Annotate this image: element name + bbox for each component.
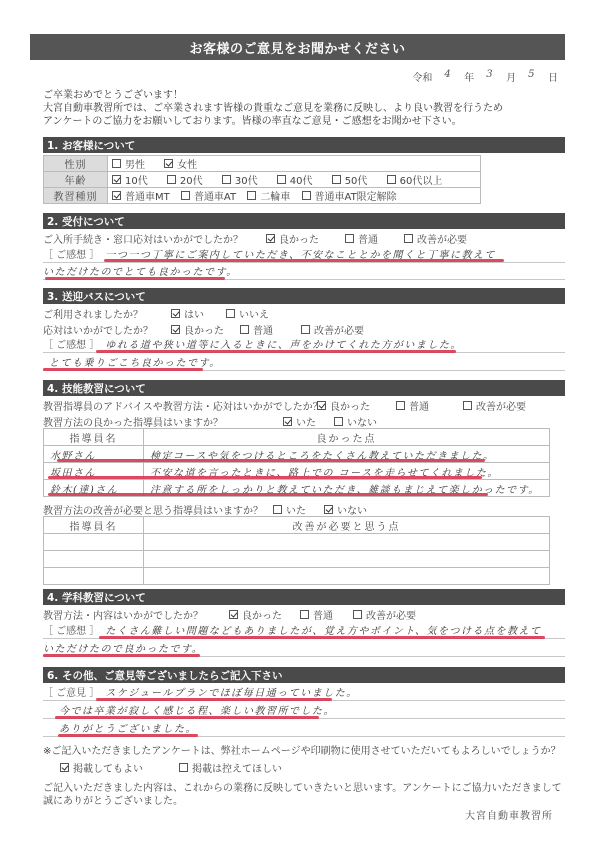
checkbox-icon[interactable] xyxy=(353,610,362,619)
highlight-underline xyxy=(45,277,225,280)
survey-title: お客様のご意見をお聞かせください xyxy=(30,34,565,60)
instructor-name[interactable] xyxy=(44,534,144,551)
checkbox-icon[interactable] xyxy=(332,175,341,184)
bus-usage-row: ご利用されましたか？ はい いいえ xyxy=(43,306,285,321)
option-label: 二輪車 xyxy=(260,188,290,203)
checkbox-checked-icon[interactable] xyxy=(171,325,180,334)
option-female[interactable]: 女性 xyxy=(164,156,197,171)
intro-line: アンケートのご協力をお願いしております。皆様の率直なご意見・ご感想をお聞かせ下さ… xyxy=(43,115,503,128)
comment-label: ［ ご意見 ］ xyxy=(43,688,99,699)
option-no[interactable]: いいえ xyxy=(226,306,269,321)
section-header-customer: 1. お客様について xyxy=(43,137,565,153)
option-needs-improvement[interactable]: 改善が必要 xyxy=(301,322,364,337)
option-label: 50代 xyxy=(345,172,368,187)
checkbox-icon[interactable] xyxy=(302,191,311,200)
option-label: 普通 xyxy=(409,398,429,413)
instructor-rating-row: 教習指導員のアドバイスや教習方法・応対はいかがでしたか？ 良かった 普通 改善が… xyxy=(43,398,542,413)
option-label: いた xyxy=(296,414,316,429)
option-normal[interactable]: 普通 xyxy=(345,231,378,246)
checkbox-checked-icon[interactable] xyxy=(112,191,121,200)
checkbox-checked-icon[interactable] xyxy=(171,309,180,318)
option-label: 男性 xyxy=(125,156,145,171)
option-no[interactable]: いない xyxy=(324,502,367,517)
closing-line: ご記入いただきました内容は、これからの業務に反映していきたいと思います。アンケー… xyxy=(43,782,562,795)
date-day[interactable]: 5 xyxy=(528,69,536,84)
section-header-shuttle-bus: 3. 送迎バスについて xyxy=(43,288,565,304)
option-label: 良かった xyxy=(242,607,282,622)
column-header-improvement-points: 改善が必要と思う点 xyxy=(144,517,550,534)
good-instructor-row: 教習方法の良かった指導員はいますか？ いた いない xyxy=(43,414,393,429)
option-needs-improvement[interactable]: 改善が必要 xyxy=(463,398,526,413)
option-yes[interactable]: いた xyxy=(283,414,316,429)
option-good[interactable]: 良かった xyxy=(317,398,370,413)
checkbox-icon[interactable] xyxy=(345,234,354,243)
table-row xyxy=(44,551,550,568)
intro-text: ご卒業おめでとうございます！ 大宮自動車教習所では、ご卒業されます皆様の貴重なご… xyxy=(43,89,503,128)
checkbox-checked-icon[interactable] xyxy=(164,159,173,168)
option-label: 普通車AT限定解除 xyxy=(315,188,397,203)
classroom-question-row: 教習方法・内容はいかがでしたか？ 良かった 普通 改善が必要 xyxy=(43,607,432,622)
option-label: 改善が必要 xyxy=(314,322,364,337)
intro-line: ご卒業おめでとうございます！ xyxy=(43,89,503,102)
checkbox-icon[interactable] xyxy=(179,763,188,772)
option-label: 普通 xyxy=(253,322,273,337)
date-era: 令和 xyxy=(412,69,432,84)
option-no[interactable]: いない xyxy=(334,414,377,429)
improve-instructor-table: 指導員名 改善が必要と思う点 xyxy=(43,516,550,585)
improvement-point[interactable] xyxy=(144,534,550,551)
label-course-type: 教習種別 xyxy=(44,188,108,204)
bus-service-row: 応対はいかがでしたか？ 良かった 普通 改善が必要 xyxy=(43,322,380,337)
checkbox-icon[interactable] xyxy=(387,175,396,184)
option-good[interactable]: 良かった xyxy=(266,231,319,246)
checkbox-icon[interactable] xyxy=(273,505,282,514)
instructor-rating-question: 教習指導員のアドバイスや教習方法・応対はいかがでしたか？ xyxy=(43,398,317,413)
checkbox-icon[interactable] xyxy=(222,175,231,184)
checkbox-icon[interactable] xyxy=(112,159,121,168)
option-motorcycle[interactable]: 二輪車 xyxy=(247,188,290,203)
option-good[interactable]: 良かった xyxy=(171,322,224,337)
checkbox-checked-icon[interactable] xyxy=(283,417,292,426)
option-needs-improvement[interactable]: 改善が必要 xyxy=(404,231,467,246)
column-header-good-points: 良かった点 xyxy=(144,429,550,446)
table-row xyxy=(44,568,550,585)
option-yes[interactable]: はい xyxy=(171,306,204,321)
option-normal[interactable]: 普通 xyxy=(240,322,273,337)
column-header-instructor: 指導員名 xyxy=(44,517,144,534)
date-field: 令和 4 年 3 月 5 日 xyxy=(412,69,558,84)
intro-line: 大宮自動車教習所では、ご卒業されます皆様の貴重なご意見を業務に反映し、より良い教… xyxy=(43,102,503,115)
highlight-underline xyxy=(96,698,332,701)
checkbox-checked-icon[interactable] xyxy=(112,175,121,184)
option-label: 普通車AT xyxy=(194,188,236,203)
customer-info-table: 性別 男性 女性 年齢 10代 20代 30代 40代 50代 60代以上 教習… xyxy=(43,155,481,204)
option-allow-publish[interactable]: 掲載してもよい xyxy=(60,760,143,775)
school-signature: 大宮自動車教習所 xyxy=(465,807,553,822)
option-label: 10代 xyxy=(125,172,148,187)
option-label: 普通車MT xyxy=(125,188,170,203)
date-year-label: 年 xyxy=(464,69,474,84)
highlight-underline xyxy=(96,350,456,353)
checkbox-icon[interactable] xyxy=(404,234,413,243)
section-header-driving-lessons: 4. 技能教習について xyxy=(43,380,565,396)
option-50s[interactable]: 50代 xyxy=(332,172,368,187)
label-age: 年齢 xyxy=(44,172,108,188)
reception-question-row: ご入所手続き・窓口応対はいかがでしたか？ 良かった 普通 改善が必要 xyxy=(43,231,483,246)
checkbox-checked-icon[interactable] xyxy=(317,401,326,410)
option-label: 改善が必要 xyxy=(417,231,467,246)
option-label: いない xyxy=(337,502,367,517)
consent-question: ※ご記入いただきましたアンケートは、弊社ホームページや印刷物に使用させていただい… xyxy=(43,745,561,758)
option-normal[interactable]: 普通 xyxy=(300,607,333,622)
option-label: 良かった xyxy=(184,322,224,337)
checkbox-checked-icon[interactable] xyxy=(229,610,238,619)
instructor-name[interactable] xyxy=(44,568,144,585)
closing-text: ご記入いただきました内容は、これからの業務に反映していきたいと思います。アンケー… xyxy=(43,782,562,808)
option-at[interactable]: 普通車AT xyxy=(181,188,236,203)
option-label: 普通 xyxy=(358,231,378,246)
section-header-other-comments: 6. その他、ご意見等ございましたらご記入下さい xyxy=(43,667,565,683)
checkbox-icon[interactable] xyxy=(277,175,286,184)
option-at-limit-removal[interactable]: 普通車AT限定解除 xyxy=(302,188,397,203)
good-instructor-question: 教習方法の良かった指導員はいますか？ xyxy=(43,414,283,429)
highlight-underline xyxy=(48,493,488,496)
option-label: 掲載してもよい xyxy=(73,760,143,775)
good-instructor-table: 指導員名 良かった点 水野さん 検定コースや気をつけるところをたくさん教えていた… xyxy=(43,428,550,497)
checkbox-icon[interactable] xyxy=(181,191,190,200)
checkbox-icon[interactable] xyxy=(396,401,405,410)
improvement-point[interactable] xyxy=(144,568,550,585)
checkbox-icon[interactable] xyxy=(226,309,235,318)
option-label: 良かった xyxy=(330,398,370,413)
option-label: 改善が必要 xyxy=(366,607,416,622)
option-label: はい xyxy=(184,306,204,321)
option-label: いいえ xyxy=(239,306,269,321)
checkbox-checked-icon[interactable] xyxy=(266,234,275,243)
highlight-underline xyxy=(48,476,482,479)
date-year[interactable]: 4 xyxy=(444,69,452,84)
option-label: 40代 xyxy=(290,172,313,187)
option-normal[interactable]: 普通 xyxy=(396,398,429,413)
reception-question: ご入所手続き・窓口応対はいかがでしたか？ xyxy=(43,231,266,246)
improvement-point[interactable] xyxy=(144,551,550,568)
classroom-question: 教習方法・内容はいかがでしたか？ xyxy=(43,607,229,622)
option-label: いた xyxy=(286,502,306,517)
label-gender: 性別 xyxy=(44,156,108,172)
section-header-classroom-lessons: 4. 学科教習について xyxy=(43,589,565,605)
highlight-underline xyxy=(57,459,485,462)
option-label: いない xyxy=(347,414,377,429)
option-30s[interactable]: 30代 xyxy=(222,172,258,187)
checkbox-checked-icon[interactable] xyxy=(324,505,333,514)
checkbox-icon[interactable] xyxy=(301,325,310,334)
option-10s[interactable]: 10代 xyxy=(112,172,148,187)
bus-service-question: 応対はいかがでしたか？ xyxy=(43,322,171,337)
option-label: 掲載は控えてほしい xyxy=(192,760,282,775)
option-60s-plus[interactable]: 60代以上 xyxy=(387,172,443,187)
checkbox-icon[interactable] xyxy=(167,175,176,184)
option-label: 改善が必要 xyxy=(476,398,526,413)
date-month-label: 月 xyxy=(506,69,516,84)
comment-label: ［ ご感想 ］ xyxy=(43,340,99,351)
bus-usage-question: ご利用されましたか？ xyxy=(43,306,171,321)
option-needs-improvement[interactable]: 改善が必要 xyxy=(353,607,416,622)
checkbox-icon[interactable] xyxy=(300,610,309,619)
improve-instructor-row: 教習方法の改善が必要と思う指導員はいますか？ いた いない xyxy=(43,502,383,517)
highlight-underline xyxy=(58,734,198,737)
date-month[interactable]: 3 xyxy=(486,69,494,84)
checkbox-icon[interactable] xyxy=(247,191,256,200)
option-label: 20代 xyxy=(180,172,203,187)
comment-label: ［ ご感想 ］ xyxy=(43,626,99,637)
consent-options-row: 掲載してもよい 掲載は控えてほしい xyxy=(60,760,298,775)
checkbox-checked-icon[interactable] xyxy=(60,763,69,772)
option-label: 60代以上 xyxy=(400,172,443,187)
improve-instructor-question: 教習方法の改善が必要と思う指導員はいますか？ xyxy=(43,502,273,517)
option-good[interactable]: 良かった xyxy=(229,607,282,622)
highlight-underline xyxy=(43,368,203,371)
section-header-reception: 2. 受付について xyxy=(43,213,565,229)
highlight-underline xyxy=(99,636,545,639)
table-row xyxy=(44,534,550,551)
highlight-underline xyxy=(43,654,200,657)
option-40s[interactable]: 40代 xyxy=(277,172,313,187)
option-label: 普通 xyxy=(313,607,333,622)
date-day-label: 日 xyxy=(548,69,558,84)
checkbox-icon[interactable] xyxy=(240,325,249,334)
checkbox-icon[interactable] xyxy=(463,401,472,410)
option-decline-publish[interactable]: 掲載は控えてほしい xyxy=(179,760,282,775)
option-label: 30代 xyxy=(235,172,258,187)
option-yes[interactable]: いた xyxy=(273,502,306,517)
instructor-name[interactable] xyxy=(44,551,144,568)
option-label: 良かった xyxy=(279,231,319,246)
comment-label: ［ ご感想 ］ xyxy=(43,250,99,261)
option-mt[interactable]: 普通車MT xyxy=(112,188,170,203)
checkbox-icon[interactable] xyxy=(334,417,343,426)
option-label: 女性 xyxy=(177,156,197,171)
highlight-underline xyxy=(104,259,504,262)
option-male[interactable]: 男性 xyxy=(112,156,145,171)
option-20s[interactable]: 20代 xyxy=(167,172,203,187)
column-header-instructor: 指導員名 xyxy=(44,429,144,446)
highlight-underline xyxy=(55,716,319,719)
